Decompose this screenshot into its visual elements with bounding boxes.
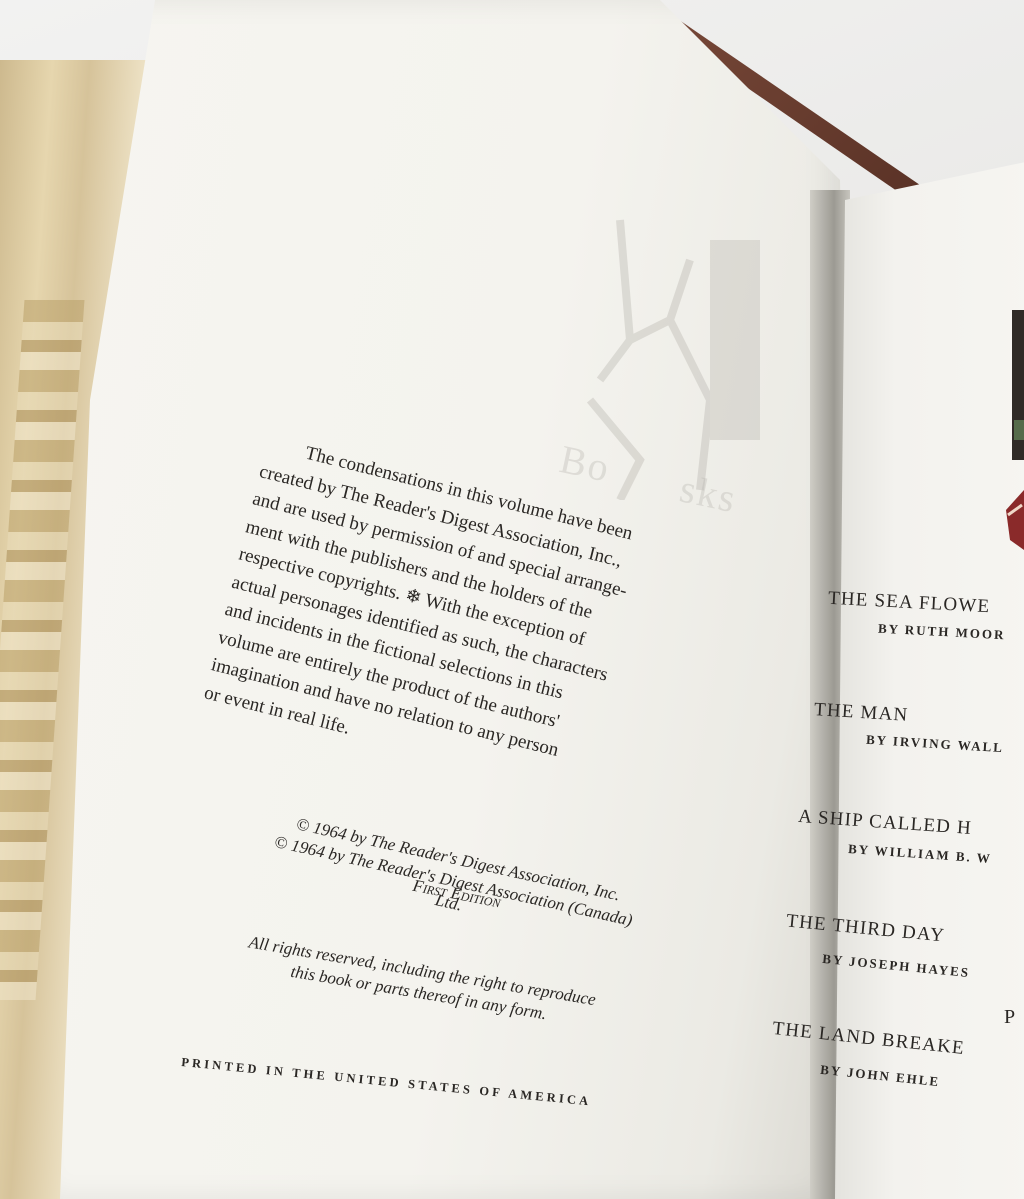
show-through-title: Bo (556, 435, 615, 492)
illustration-fragment (1000, 310, 1024, 550)
toc-extra: P (1004, 1006, 1015, 1029)
